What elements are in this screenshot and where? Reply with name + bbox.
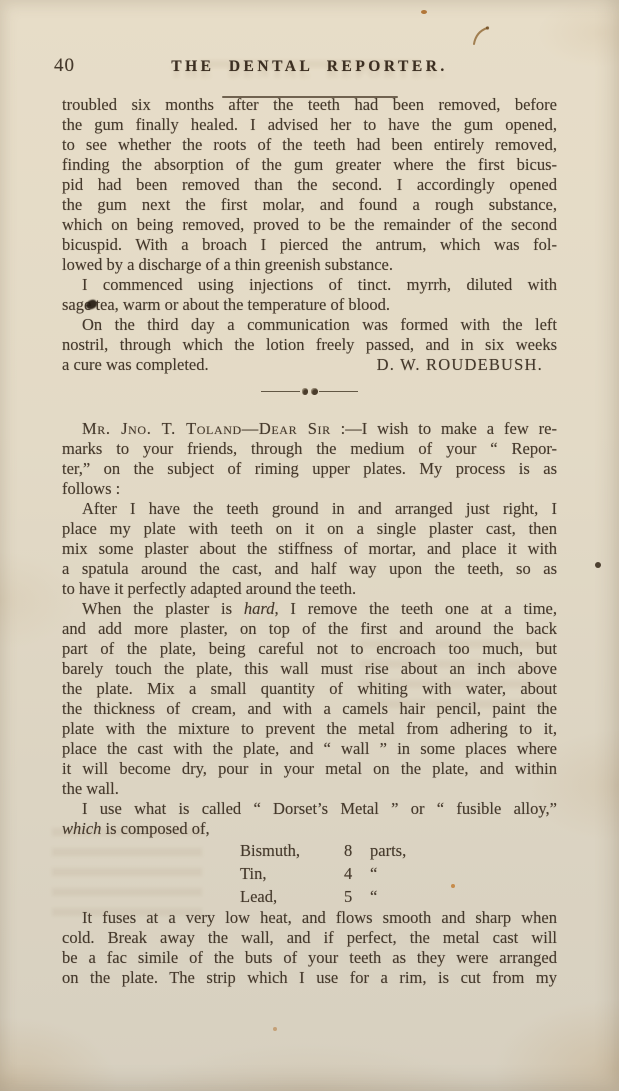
closing-text: a cure was completed. xyxy=(62,355,209,375)
toland-letter: Mr. Jno. T. Toland—Dear Sir :—I wish to … xyxy=(62,419,557,988)
text-line: plate with the mixture to prevent the me… xyxy=(62,719,557,739)
text-line: it will become dry, pour in your metal o… xyxy=(62,759,557,779)
text-line: the gum finally healed. I advised her to… xyxy=(62,115,557,135)
alloy-name: Bismuth, xyxy=(240,839,344,862)
paragraph: Mr. Jno. T. Toland—Dear Sir :—I wish to … xyxy=(62,419,557,499)
salutation: Mr. Jno. T. Toland—Dear Sir xyxy=(82,419,331,438)
alloy-row: Bismuth, 8 parts, xyxy=(240,839,557,862)
text-line: the wall. xyxy=(62,779,557,799)
text-column: troubled six months after the teeth had … xyxy=(62,95,557,988)
divider-dot xyxy=(311,388,318,395)
pen-mark-stain xyxy=(470,24,496,48)
text-line: ter,” on the subject of riming upper pla… xyxy=(62,459,557,479)
text-line: barely touch the plate, this wall must r… xyxy=(62,659,557,679)
alloy-qty: 5 xyxy=(344,885,370,908)
divider-line xyxy=(261,391,300,393)
text-line: a spatula around the cast, and half way … xyxy=(62,559,557,579)
text-line: be a fac simile of the buts of your teet… xyxy=(62,948,557,968)
text-line: the thickness of cream, and with a camel… xyxy=(62,699,557,719)
text-line: sage tea, warm or about the temperature … xyxy=(62,295,557,315)
paragraph: troubled six months after the teeth had … xyxy=(62,95,557,275)
text-line: which is composed of, xyxy=(62,819,557,839)
text-line: and add more plaster, on top of the firs… xyxy=(62,619,557,639)
alloy-row: Lead, 5 “ xyxy=(240,885,557,908)
paragraph: On the third day a communication was for… xyxy=(62,315,557,375)
text-line: lowed by a discharge of a thin greenish … xyxy=(62,255,557,275)
alloy-unit: “ xyxy=(370,862,557,885)
line-segment: When the plaster is xyxy=(82,599,244,618)
alloy-name: Tin, xyxy=(240,862,344,885)
paragraph: It fuses at a very low heat, and flows s… xyxy=(62,908,557,988)
text-line: It fuses at a very low heat, and flows s… xyxy=(62,908,557,928)
text-line: to have it perfectly adapted around the … xyxy=(62,579,557,599)
paragraph: I use what is called “ Dorset’s Metal ” … xyxy=(62,799,557,839)
signature-line: a cure was completed. D. W. ROUDEBUSH. xyxy=(62,355,557,375)
alloy-unit: “ xyxy=(370,885,557,908)
text-line: mix some plaster about the stiffness of … xyxy=(62,539,557,559)
margin-dot-stain xyxy=(595,562,601,568)
italic-word: hard xyxy=(244,599,275,618)
alloy-row: Tin, 4 “ xyxy=(240,862,557,885)
roudebush-letter: troubled six months after the teeth had … xyxy=(62,95,557,375)
text-line: place my plate with teeth on it on a sin… xyxy=(62,519,557,539)
text-line: nostril, through which the lotion freely… xyxy=(62,335,557,355)
text-line: which on being removed, proved to be the… xyxy=(62,215,557,235)
text-line: on the plate. The strip which I use for … xyxy=(62,968,557,988)
paragraph: After I have the teeth ground in and arr… xyxy=(62,499,557,599)
salutation-rest: :—I wish to make a few re- xyxy=(331,419,557,438)
divider-dot xyxy=(302,388,309,395)
text-line: troubled six months after the teeth had … xyxy=(62,95,557,115)
text-line: pid had been removed than the second. I … xyxy=(62,175,557,195)
section-divider xyxy=(62,387,557,396)
text-line: bicuspid. With a broach I pierced the an… xyxy=(62,235,557,255)
line-segment: is composed of, xyxy=(101,819,209,838)
text-line: part of the plate, being careful not to … xyxy=(62,639,557,659)
text-line: the plate. Mix a small quantity of whiti… xyxy=(62,679,557,699)
text-line: I commenced using injections of tinct. m… xyxy=(62,275,557,295)
text-line: cold. Break away the wall, and if perfec… xyxy=(62,928,557,948)
text-line: When the plaster is hard, I remove the t… xyxy=(62,599,557,619)
divider-line xyxy=(319,391,358,393)
text-line: finding the absorption of the gum greate… xyxy=(62,155,557,175)
line-segment: , I remove the teeth one at a time, xyxy=(274,599,557,618)
text-line: place the cast with the plate, and “ wal… xyxy=(62,739,557,759)
text-line: marks to your friends, through the mediu… xyxy=(62,439,557,459)
alloy-unit: parts, xyxy=(370,839,557,862)
salutation-line: Mr. Jno. T. Toland—Dear Sir :—I wish to … xyxy=(62,419,557,439)
foxing-speck xyxy=(421,10,427,14)
italic-word: which xyxy=(62,819,101,838)
text-line: After I have the teeth ground in and arr… xyxy=(62,499,557,519)
text-line: the gum next the first molar, and found … xyxy=(62,195,557,215)
scanned-book-page: 40 THE DENTAL REPORTER. troubled six mon… xyxy=(0,0,619,1091)
text-line: follows : xyxy=(62,479,557,499)
paragraph: I commenced using injections of tinct. m… xyxy=(62,275,557,315)
foxing-speck xyxy=(273,1027,277,1031)
text-line: On the third day a communication was for… xyxy=(62,315,557,335)
alloy-qty: 8 xyxy=(344,839,370,862)
paragraph: When the plaster is hard, I remove the t… xyxy=(62,599,557,799)
text-line: I use what is called “ Dorset’s Metal ” … xyxy=(62,799,557,819)
alloy-name: Lead, xyxy=(240,885,344,908)
alloy-recipe-list: Bismuth, 8 parts, Tin, 4 “ Lead, 5 “ xyxy=(240,839,557,908)
running-title: THE DENTAL REPORTER. xyxy=(0,58,619,76)
text-line: to see whether the roots of the teeth ha… xyxy=(62,135,557,155)
alloy-qty: 4 xyxy=(344,862,370,885)
signature: D. W. ROUDEBUSH. xyxy=(377,355,543,375)
